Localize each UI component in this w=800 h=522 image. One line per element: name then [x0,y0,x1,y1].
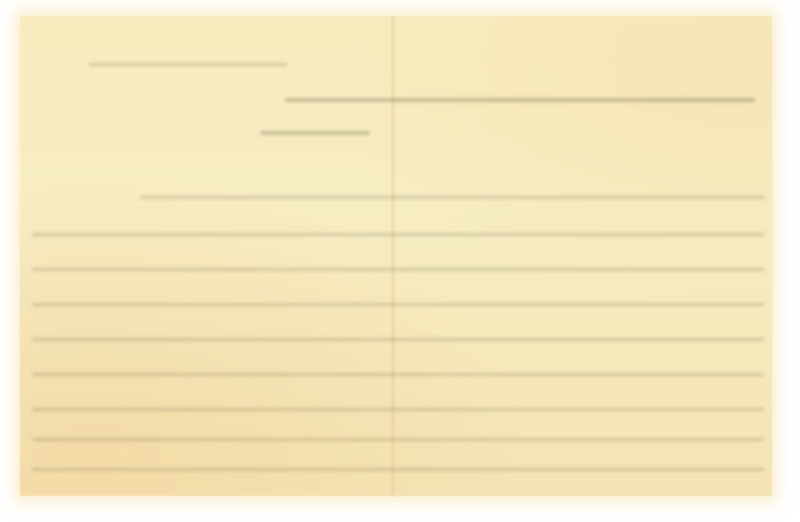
header-line-2 [285,98,755,102]
body-line [32,373,764,376]
body-line [32,233,764,236]
header-line-1 [88,63,288,66]
letter-page [20,16,772,496]
body-line [140,196,765,199]
body-line [32,303,764,306]
salutation [260,131,370,135]
body-line [32,408,764,411]
body-line [32,268,764,271]
fold-line [390,16,396,496]
body-line [32,468,764,471]
body-line [32,438,764,441]
body-line [32,338,764,341]
